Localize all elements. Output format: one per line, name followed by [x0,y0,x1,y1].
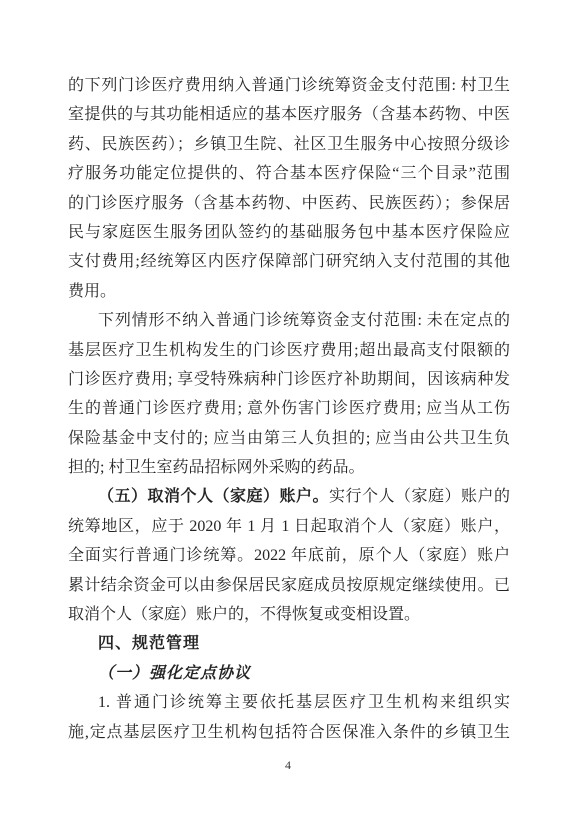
section-heading: 四、规范管理 [68,629,510,658]
para1-line-3: 药、民族医药）；乡镇卫生院、社区卫生服务中心按照分级诊 [68,130,510,159]
para2-line-2: 基层医疗卫生机构发生的门诊医疗费用;超出最高支付限额的 [68,336,510,365]
para3-line-5: 取消个人（家庭）账户的，不得恢复或变相设置。 [68,600,510,629]
subsection-heading: （一）强化定点协议 [68,659,510,688]
para2-line-4: 生的普通门诊医疗费用; 意外伤害门诊医疗费用; 应当从工伤 [68,394,510,423]
para2-line-1: 下列情形不纳入普通门诊统筹资金支付范围: 未在定点的 [68,306,510,335]
page-number: 4 [0,758,576,773]
para1-line-2: 室提供的与其功能相适应的基本医疗服务（含基本药物、中医 [68,100,510,129]
para1-line-8: 费用。 [68,277,510,306]
document-body: 的下列门诊医疗费用纳入普通门诊统筹资金支付范围: 村卫生 室提供的与其功能相适应… [68,71,510,747]
document-page: 的下列门诊医疗费用纳入普通门诊统筹资金支付范围: 村卫生 室提供的与其功能相适应… [0,0,576,823]
para3-line-4: 累计结余资金可以由参保居民家庭成员按原规定继续使用。已 [68,571,510,600]
para2-line-3: 门诊医疗费用; 享受特殊病种门诊医疗补助期间，因该病种发 [68,365,510,394]
para1-line-4: 疗服务功能定位提供的、符合基本医疗保险“三个目录”范围 [68,159,510,188]
para1-line-5: 的门诊医疗服务（含基本药物、中医药、民族医药）；参保居 [68,189,510,218]
para1-line-1: 的下列门诊医疗费用纳入普通门诊统筹资金支付范围: 村卫生 [68,71,510,100]
para3-line-1: （五）取消个人（家庭）账户。实行个人（家庭）账户的 [68,482,510,511]
para3-line-2: 统筹地区，应于 2020 年 1 月 1 日起取消个人（家庭）账户， [68,512,510,541]
para1-line-7: 支付费用;经统筹区内医疗保障部门研究纳入支付范围的其他 [68,247,510,276]
para3-line-1-rest: 实行个人（家庭）账户的 [329,488,510,505]
para4-line-1: 1. 普通门诊统筹主要依托基层医疗卫生机构来组织实 [68,688,510,717]
para3-bold-lead: （五）取消个人（家庭）账户。 [98,488,329,505]
para2-line-6: 担的; 村卫生室药品招标网外采购的药品。 [68,453,510,482]
para1-line-6: 民与家庭医生服务团队签约的基础服务包中基本医疗保险应 [68,218,510,247]
para2-line-5: 保险基金中支付的; 应当由第三人负担的; 应当由公共卫生负 [68,424,510,453]
para4-line-2: 施,定点基层医疗卫生机构包括符合医保准入条件的乡镇卫生 [68,718,510,747]
para3-line-3: 全面实行普通门诊统筹。2022 年底前，原个人（家庭）账户 [68,541,510,570]
